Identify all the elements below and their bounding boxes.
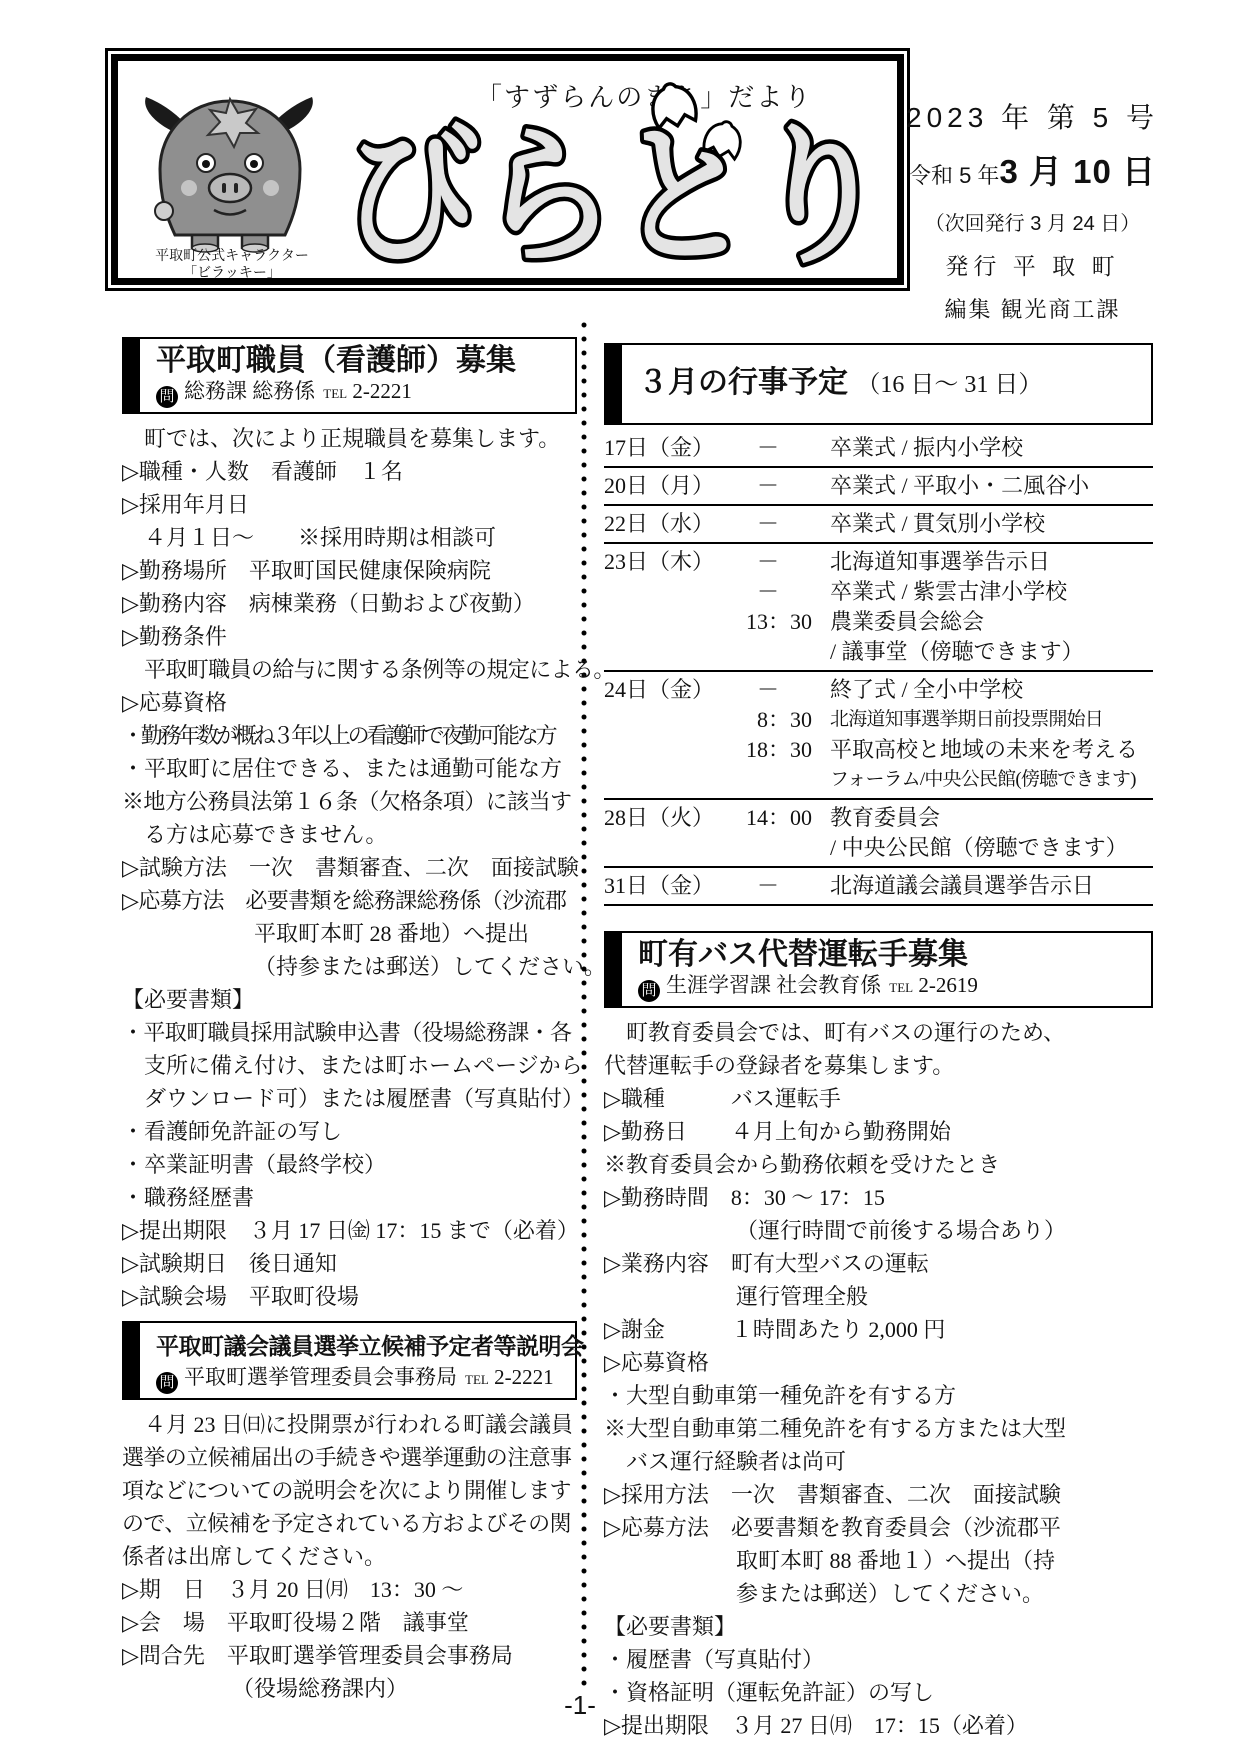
schedule-title-text: ３月の行事予定: [638, 366, 848, 399]
text-line: （運行時間で前後する場合あり）: [604, 1214, 1153, 1247]
text-line: ▷応募方法 必要書類を総務課総務係（沙流郡: [122, 884, 577, 917]
left-column: 平取町職員（看護師）募集 問総務課 総務係TEL 2-2221 町では、次により…: [122, 337, 577, 1705]
text-line: ・履歴書（写真貼付）: [604, 1643, 1153, 1676]
text-line: ▷職種 バス運転手: [604, 1082, 1153, 1115]
text-line: ▷採用方法 一次 書類審査、二次 面接試験: [604, 1478, 1153, 1511]
text-line: る方は応募できません。: [122, 818, 577, 851]
text-line: 【必要書類】: [122, 983, 577, 1016]
mascot-caption: 平取町公式キャラクター 「ビラッキー」: [112, 247, 352, 281]
schedule-event: 北海道知事選挙告示日: [812, 547, 1153, 577]
schedule-row: / 議事堂（傍聴できます）: [604, 637, 1153, 672]
schedule-event: 教育委員会: [812, 803, 1153, 833]
text-line: 【必要書類】: [604, 1610, 1153, 1643]
tel-number: 2-2221: [352, 379, 412, 403]
issue-number: 2023 年 第 5 号: [905, 96, 1160, 136]
text-line: ・資格証明（運転免許証）の写し: [604, 1676, 1153, 1709]
issue-info-block: 2023 年 第 5 号 令和 5 年3 月 10 日 （次回発行 3 月 24…: [905, 96, 1160, 324]
mascot-caption-line1: 平取町公式キャラクター: [112, 247, 352, 264]
schedule-date: [604, 637, 724, 667]
masthead-box: 「すずらんのまち」だより: [105, 48, 910, 291]
spacer: [122, 1313, 577, 1321]
schedule-row: 31日（金）－北海道議会議員選挙告示日: [604, 871, 1153, 906]
mascot-hand: [155, 202, 173, 220]
schedule-event: / 議事堂（傍聴できます）: [812, 637, 1153, 667]
text-line: ・看護師免許証の写し: [122, 1115, 577, 1148]
schedule-time: －: [724, 675, 812, 705]
schedule-time: －: [724, 471, 812, 501]
mascot-biracky-icon: [134, 93, 329, 253]
text-line: ・平取町に居住できる、または通勤可能な方: [122, 752, 577, 785]
schedule-row: 20日（月）－卒業式 / 平取小・二風谷小: [604, 471, 1153, 506]
text-line: ▷職種・人数 看護師 １名: [122, 455, 577, 488]
schedule-event: 卒業式 / 紫雲古津小学校: [812, 577, 1153, 607]
mascot-cheek-right: [263, 180, 279, 196]
text-line: 支所に備え付け、または町ホームページから: [122, 1049, 577, 1082]
schedule-date: 22日（水）: [604, 509, 724, 539]
text-line: ▷提出期限 ３月 17 日㈮ 17：15 まで（必着）: [122, 1214, 577, 1247]
text-line: ・勤務年数が概ね３年以上の看護師で夜勤可能な方: [122, 719, 577, 752]
text-line: ▷試験方法 一次 書類審査、二次 面接試験: [122, 851, 577, 884]
schedule-row: 17日（金）－卒業式 / 振内小学校: [604, 433, 1153, 468]
next-issue-date: （次回発行 3 月 24 日）: [905, 207, 1160, 236]
text-line: （持参または郵送）してください。: [122, 950, 577, 983]
section-title: 平取町議会議員選挙立候補予定者等説明会: [156, 1328, 569, 1364]
schedule-time: －: [724, 547, 812, 577]
text-line: ▷試験会場 平取町役場: [122, 1280, 577, 1313]
schedule-time: 14：00: [724, 803, 812, 833]
schedule-date: [604, 577, 724, 607]
text-line: ▷勤務場所 平取町国民健康保険病院: [122, 554, 577, 587]
schedule-date: 28日（火）: [604, 803, 724, 833]
newsletter-title-text: びらとり: [344, 112, 889, 281]
section-accent-bar: [124, 339, 140, 412]
schedule-time: 13：30: [724, 607, 812, 637]
schedule-date: [604, 833, 724, 863]
section-contact: 問総務課 総務係TEL 2-2221: [156, 378, 569, 408]
tel-number: 2-2221: [494, 1365, 554, 1389]
issue-date: 令和 5 年3 月 10 日: [905, 146, 1160, 193]
schedule-time: －: [724, 433, 812, 463]
publisher: 発行 平 取 町: [905, 248, 1160, 281]
text-line: 選挙の立候補届出の手続きや選挙運動の注意事: [122, 1441, 577, 1474]
schedule-event: 北海道知事選挙期日前投票開始日: [812, 705, 1153, 735]
tel-number: 2-2619: [918, 973, 978, 997]
text-line: 町教育委員会では、町有バスの運行のため、: [604, 1016, 1153, 1049]
inquiry-icon: 問: [156, 1372, 178, 1394]
section-title: 町有バス代替運転手募集: [638, 938, 1145, 972]
text-line: ※地方公務員法第１６条（欠格条項）に該当す: [122, 785, 577, 818]
section-header-nurse-recruit: 平取町職員（看護師）募集 問総務課 総務係TEL 2-2221: [122, 337, 577, 414]
schedule-date: 17日（金）: [604, 433, 724, 463]
text-line: 項などについての説明会を次により開催します: [122, 1474, 577, 1507]
text-line: ・卒業証明書（最終学校）: [122, 1148, 577, 1181]
text-line: ▷応募資格: [122, 686, 577, 719]
schedule-row: フォーラム/中央公民館(傍聴できます): [604, 765, 1153, 800]
text-line: ので、立候補を予定されている方およびその関: [122, 1507, 577, 1540]
contact-office: 総務課 総務係: [184, 379, 315, 403]
schedule-time: －: [724, 577, 812, 607]
text-line: ※大型自動車第二種免許を有する方または大型: [604, 1412, 1153, 1445]
text-line: ▷応募資格: [604, 1346, 1153, 1379]
schedule-date: [604, 607, 724, 637]
mascot-snout: [209, 174, 251, 202]
schedule-date: [604, 705, 724, 735]
schedule-event: フォーラム/中央公民館(傍聴できます): [812, 765, 1153, 795]
text-line: ▷業務内容 町有大型バスの運転: [604, 1247, 1153, 1280]
column-divider: [581, 318, 587, 1693]
mascot-pupil-right: [250, 160, 258, 168]
text-line: 参または郵送）してください。: [604, 1577, 1153, 1610]
schedule-event: 終了式 / 全小中学校: [812, 675, 1153, 705]
text-line: バス運行経験者は尚可: [604, 1445, 1153, 1478]
newsletter-title: びらとり: [334, 101, 899, 281]
schedule-row: 28日（火）14：00教育委員会: [604, 803, 1153, 833]
text-line: ▷勤務内容 病棟業務（日勤および夜勤）: [122, 587, 577, 620]
text-line: 運行管理全般: [604, 1280, 1153, 1313]
section-title: ３月の行事予定 （16 日～ 31 日）: [638, 366, 1042, 402]
schedule-date-range: （16 日～ 31 日）: [856, 372, 1042, 398]
section-header-march-schedule: ３月の行事予定 （16 日～ 31 日）: [604, 343, 1153, 425]
section-body-nurse-recruit: 町では、次により正規職員を募集します。 ▷職種・人数 看護師 １名 ▷採用年月日…: [122, 422, 577, 1313]
schedule-date: 24日（金）: [604, 675, 724, 705]
editor: 編集 観光商工課: [905, 293, 1160, 324]
schedule-row: 18：30平取高校と地域の未来を考える: [604, 735, 1153, 765]
schedule-event: 北海道議会議員選挙告示日: [812, 871, 1153, 901]
mascot-caption-line2: 「ビラッキー」: [112, 264, 352, 281]
text-line: ・平取町職員採用試験申込書（役場総務課・各: [122, 1016, 577, 1049]
schedule-time: [724, 833, 812, 863]
section-body-election-briefing: ４月 23 日㈰に投開票が行われる町議会議員 選挙の立候補届出の手続きや選挙運動…: [122, 1408, 577, 1705]
text-line: ▷会 場 平取町役場２階 議事堂: [122, 1606, 577, 1639]
schedule-date: [604, 765, 724, 795]
text-line: ▷勤務条件: [122, 620, 577, 653]
schedule-row: 24日（金）－終了式 / 全小中学校: [604, 675, 1153, 705]
schedule-time: －: [724, 871, 812, 901]
text-line: ・大型自動車第一種免許を有する方: [604, 1379, 1153, 1412]
mascot-nostril-right: [234, 183, 238, 193]
section-title: 平取町職員（看護師）募集: [156, 344, 569, 378]
text-line: ▷採用年月日: [122, 488, 577, 521]
schedule-date: 31日（金）: [604, 871, 724, 901]
schedule-date: 20日（月）: [604, 471, 724, 501]
schedule-time: 18：30: [724, 735, 812, 765]
text-line: ・職務経歴書: [122, 1181, 577, 1214]
schedule-event: / 中央公民館（傍聴できます）: [812, 833, 1153, 863]
section-header-bus-driver-recruit: 町有バス代替運転手募集 問生涯学習課 社会教育係TEL 2-2619: [604, 931, 1153, 1008]
newsletter-page: 「すずらんのまち」だより: [0, 0, 1253, 1754]
contact-office: 平取町選挙管理委員会事務局: [184, 1365, 457, 1389]
text-line: 平取町本町 28 番地）へ提出: [122, 917, 577, 950]
text-line: ▷謝金 １時間あたり 2,000 円: [604, 1313, 1153, 1346]
inquiry-icon: 問: [156, 386, 178, 408]
masthead-inner-frame: 「すずらんのまち」だより: [111, 54, 904, 285]
inquiry-icon: 問: [638, 980, 660, 1002]
contact-office: 生涯学習課 社会教育係: [666, 973, 881, 997]
schedule-row: 8：30北海道知事選挙期日前投票開始日: [604, 705, 1153, 735]
right-column: ３月の行事予定 （16 日～ 31 日） 17日（金）－卒業式 / 振内小学校 …: [604, 343, 1153, 1742]
tel-mark: TEL: [323, 386, 347, 401]
text-line: ※教育委員会から勤務依頼を受けたとき: [604, 1148, 1153, 1181]
mascot-pupil-left: [202, 160, 210, 168]
schedule-date: [604, 735, 724, 765]
text-line: ダウンロード可）または履歴書（写真貼付）: [122, 1082, 577, 1115]
text-line: ４月１日～ ※採用時期は相談可: [122, 521, 577, 554]
section-accent-bar: [124, 1323, 140, 1398]
schedule-row: 13：30農業委員会総会: [604, 607, 1153, 637]
schedule-event: 卒業式 / 振内小学校: [812, 433, 1153, 463]
text-line: ▷問合先 平取町選挙管理委員会事務局: [122, 1639, 577, 1672]
text-line: 平取町職員の給与に関する条例等の規定による。: [122, 653, 577, 686]
text-line: 取町本町 88 番地１）へ提出（持: [604, 1544, 1153, 1577]
text-line: ▷勤務日 ４月上旬から勤務開始: [604, 1115, 1153, 1148]
schedule-time: [724, 765, 812, 795]
section-accent-bar: [606, 933, 622, 1006]
text-line: ▷提出期限 ３月 27 日㈪ 17：15（必着）: [604, 1709, 1153, 1742]
text-line: 代替運転手の登録者を募集します。: [604, 1049, 1153, 1082]
schedule-time: －: [724, 509, 812, 539]
tel-mark: TEL: [465, 1372, 489, 1387]
issue-day: 3 月 10 日: [999, 153, 1156, 190]
spacer: [604, 909, 1153, 931]
section-body-bus-driver-recruit: 町教育委員会では、町有バスの運行のため、 代替運転手の登録者を募集します。 ▷職…: [604, 1016, 1153, 1742]
text-line: 係者は出席してください。: [122, 1540, 577, 1573]
tel-mark: TEL: [889, 980, 913, 995]
schedule-event: 農業委員会総会: [812, 607, 1153, 637]
text-line: （役場総務課内）: [122, 1672, 577, 1705]
section-accent-bar: [606, 345, 622, 423]
schedule-row: / 中央公民館（傍聴できます）: [604, 833, 1153, 868]
text-line: ▷期 日 ３月 20 日㈪ 13：30 ～: [122, 1573, 577, 1606]
schedule-row: 23日（木）－北海道知事選挙告示日: [604, 547, 1153, 577]
schedule-row: －卒業式 / 紫雲古津小学校: [604, 577, 1153, 607]
section-contact: 問平取町選挙管理委員会事務局TEL 2-2221: [156, 1364, 569, 1394]
schedule-table: 17日（金）－卒業式 / 振内小学校 20日（月）－卒業式 / 平取小・二風谷小…: [604, 433, 1153, 906]
text-line: 町では、次により正規職員を募集します。: [122, 422, 577, 455]
mascot-nostril-left: [222, 183, 226, 193]
section-contact: 問生涯学習課 社会教育係TEL 2-2619: [638, 972, 1145, 1002]
schedule-event: 卒業式 / 貫気別小学校: [812, 509, 1153, 539]
text-line: ▷応募方法 必要書類を教育委員会（沙流郡平: [604, 1511, 1153, 1544]
mascot-cheek-left: [181, 180, 197, 196]
schedule-date: 23日（木）: [604, 547, 724, 577]
schedule-event: 平取高校と地域の未来を考える: [812, 735, 1153, 765]
schedule-time: [724, 637, 812, 667]
section-header-election-briefing: 平取町議会議員選挙立候補予定者等説明会 問平取町選挙管理委員会事務局TEL 2-…: [122, 1321, 577, 1400]
schedule-event: 卒業式 / 平取小・二風谷小: [812, 471, 1153, 501]
text-line: ▷勤務時間 8：30 ～ 17：15: [604, 1181, 1153, 1214]
issue-era: 令和 5 年: [909, 163, 999, 188]
schedule-time: 8：30: [724, 705, 812, 735]
text-line: ▷試験期日 後日通知: [122, 1247, 577, 1280]
text-line: ４月 23 日㈰に投開票が行われる町議会議員: [122, 1408, 577, 1441]
schedule-row: 22日（水）－卒業式 / 貫気別小学校: [604, 509, 1153, 544]
